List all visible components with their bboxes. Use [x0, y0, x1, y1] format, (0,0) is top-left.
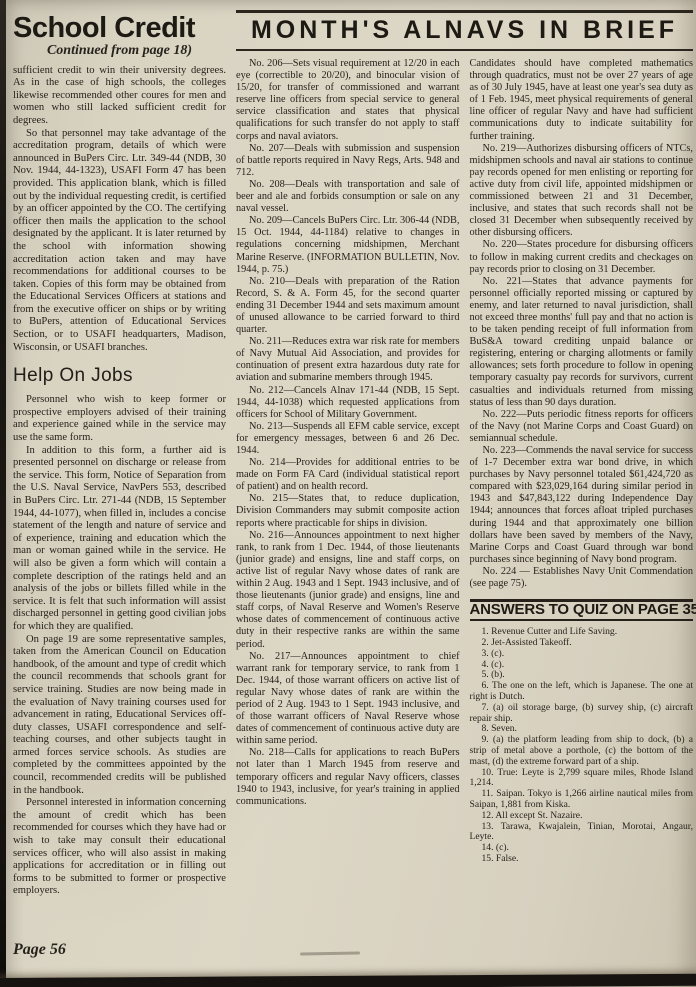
- alnav-item: No. 219—Authorizes disbursing officers o…: [470, 143, 694, 240]
- alnav-item: No. 221—States that advance payments for…: [470, 276, 694, 409]
- quiz-answer-item: 12. All except St. Nazaire.: [470, 811, 694, 822]
- alnav-item: No. 217—Announces appointment to chief w…: [236, 651, 460, 748]
- alnav-item: No. 223—Commends the naval service for s…: [470, 445, 694, 566]
- alnav-item: No. 213—Suspends all EFM cable service, …: [236, 421, 460, 457]
- alnav-item: No. 216—Announces appointment to next hi…: [236, 530, 460, 651]
- quiz-answer-item: 7. (a) oil storage barge, (b) survey shi…: [470, 703, 694, 725]
- page-content: School Credit Continued from page 18) su…: [13, 0, 693, 987]
- alnav-item: No. 222—Puts periodic fitness reports fo…: [470, 409, 694, 445]
- alnav-item: No. 214—Provides for additional entries …: [236, 457, 460, 493]
- alnav-item: No. 224 — Establishes Navy Unit Commenda…: [470, 566, 694, 590]
- alnavs-column-1: No. 206—Sets visual requirement at 12/20…: [236, 58, 460, 987]
- alnav-item-continuation: Candidates should have completed mathema…: [470, 58, 694, 143]
- scan-edge-left: [0, 0, 6, 987]
- alnav-item: No. 209—Cancels BuPers Circ. Ltr. 306-44…: [236, 215, 460, 275]
- article-paragraph: On page 19 are some representative sampl…: [13, 634, 226, 798]
- continued-from-note: Continued from page 18): [13, 45, 226, 58]
- quiz-answer-item: 10. True: Leyte is 2,799 square miles, R…: [470, 768, 694, 790]
- alnav-item: No. 207—Deals with submission and suspen…: [236, 143, 460, 179]
- article-title: School Credit: [13, 12, 226, 44]
- alnavs-column-2: Candidates should have completed mathema…: [470, 58, 694, 987]
- subhead-help-on-jobs: Help On Jobs: [13, 365, 226, 387]
- alnav-item: No. 210—Deals with preparation of the Ra…: [236, 276, 460, 336]
- alnav-item: No. 220—States procedure for disbursing …: [470, 239, 694, 275]
- quiz-answer-item: 9. (a) the platform leading from ship to…: [470, 735, 694, 767]
- quiz-answer-item: 3. (c).: [470, 649, 694, 660]
- quiz-answers-header: ANSWERS TO QUIZ ON PAGE 35: [470, 599, 694, 621]
- alnavs-columns: No. 206—Sets visual requirement at 12/20…: [236, 58, 693, 987]
- article-paragraph: In addition to this form, a further aid …: [13, 445, 226, 634]
- alnav-item: No. 218—Calls for applications to reach …: [236, 747, 460, 807]
- left-column: School Credit Continued from page 18) su…: [13, 0, 226, 987]
- alnav-item: No. 212—Cancels Alnav 171-44 (NDB, 15 Se…: [236, 385, 460, 421]
- alnavs-header: MONTH'S ALNAVS IN BRIEF: [236, 10, 693, 51]
- article-paragraph: Personnel who wish to keep former or pro…: [13, 394, 226, 444]
- alnavs-section: MONTH'S ALNAVS IN BRIEF No. 206—Sets vis…: [236, 0, 693, 987]
- magazine-page: School Credit Continued from page 18) su…: [0, 0, 696, 987]
- article-paragraph: sufficient credit to win their universit…: [13, 65, 226, 128]
- quiz-answers-box: ANSWERS TO QUIZ ON PAGE 35 1. Revenue Cu…: [470, 599, 694, 865]
- page-number: Page 56: [13, 944, 226, 957]
- alnav-item: No. 206—Sets visual requirement at 12/20…: [236, 58, 460, 143]
- quiz-answer-item: 6. The one on the left, which is Japanes…: [470, 681, 694, 703]
- alnav-item: No. 211—Reduces extra war risk rate for …: [236, 336, 460, 384]
- alnav-item: No. 208—Deals with transportation and sa…: [236, 179, 460, 215]
- alnav-item: No. 215—States that, to reduce duplicati…: [236, 493, 460, 529]
- quiz-answer-item: 15. False.: [470, 854, 694, 865]
- quiz-answer-item: 11. Saipan. Tokyo is 1,266 airline nauti…: [470, 789, 694, 811]
- alnavs-title: MONTH'S ALNAVS IN BRIEF: [251, 16, 678, 44]
- quiz-answer-item: 13. Tarawa, Kwajalein, Tinian, Morotai, …: [470, 822, 694, 844]
- article-paragraph: So that personnel may take advantage of …: [13, 128, 226, 355]
- article-paragraph: Personnel interested in information conc…: [13, 797, 226, 898]
